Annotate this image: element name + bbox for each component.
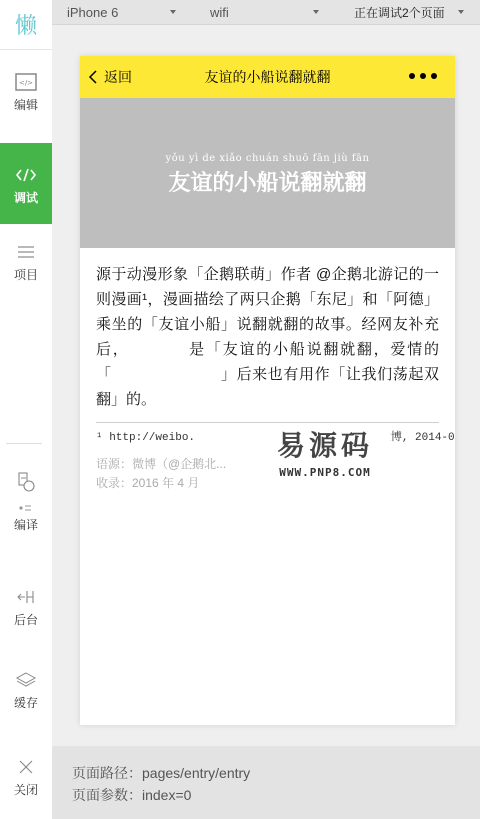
nav-bar: 返回 友谊的小船说翻就翻 [80, 56, 455, 98]
sidebar-item-label: 编辑 [14, 98, 38, 112]
chevron-down-icon [313, 10, 319, 14]
watermark: 易源码 WWW.PNP8.COM [260, 424, 390, 479]
nav-title: 友谊的小船说翻就翻 [80, 56, 455, 98]
network-select[interactable]: wifi [210, 0, 325, 25]
code-box-icon: </> [15, 70, 37, 94]
more-button[interactable] [409, 73, 437, 79]
dot-icon [409, 73, 415, 79]
sidebar-item-compile[interactable]: 编译 [0, 470, 52, 545]
menu-icon [16, 240, 36, 264]
logo-glyph: 懒 [15, 9, 37, 40]
sidebar-item-label: 调试 [14, 191, 38, 205]
chevron-left-icon [88, 69, 98, 85]
dot-icon [420, 73, 426, 79]
divider [96, 422, 439, 423]
sidebar-item-label: 关闭 [14, 783, 38, 797]
app-logo: 懒 [0, 0, 52, 50]
page-path: 页面路径：pages/entry/entry [72, 762, 480, 784]
layers-icon [15, 668, 37, 692]
watermark-url: WWW.PNP8.COM [260, 466, 390, 479]
sidebar-item-cache[interactable]: 缓存 [0, 668, 52, 713]
chevron-down-icon [458, 10, 464, 14]
sidebar-item-debug[interactable]: 调试 [0, 143, 52, 224]
sidebar-item-label: 项目 [14, 268, 38, 282]
device-select[interactable]: iPhone 6 [67, 0, 182, 25]
sidebar-item-edit[interactable]: </> 编辑 [0, 70, 52, 130]
page-info-panel: 页面路径：pages/entry/entry 页面参数：index=0 [52, 746, 480, 819]
sidebar-item-project[interactable]: 项目 [0, 240, 52, 290]
device-select-value: iPhone 6 [67, 5, 118, 20]
sidebar-item-label: 编译 [14, 518, 38, 532]
hero-pinyin: yǒu yì de xiǎo chuán shuō fān jiù fān [166, 153, 370, 164]
compile-icon [15, 470, 37, 514]
hero-banner: yǒu yì de xiǎo chuán shuō fān jiù fān 友谊… [80, 98, 455, 248]
sidebar-item-background[interactable]: 后台 [0, 585, 52, 630]
pages-select-value: 正在调试2个页面 [354, 4, 445, 21]
devtools-app: 懒 </> 编辑 调试 项目 编译 [0, 0, 480, 819]
chevron-down-icon [170, 10, 176, 14]
sidebar-item-label: 后台 [14, 613, 38, 627]
dot-icon [431, 73, 437, 79]
entry-paragraph: 源于动漫形象「企鹅联萌」作者 @企鹅北游记的一则漫画¹，漫画描绘了两只企鹅「东尼… [96, 262, 439, 412]
back-button[interactable]: 返回 [88, 56, 132, 98]
watermark-title: 易源码 [260, 424, 390, 464]
back-label: 返回 [104, 67, 132, 87]
sidebar-item-label: 缓存 [14, 696, 38, 710]
hero-title: 友谊的小船说翻就翻 [168, 166, 366, 197]
device-toolbar: iPhone 6 wifi 正在调试2个页面 [52, 0, 480, 25]
page-params: 页面参数：index=0 [72, 784, 480, 806]
sidebar-divider [6, 443, 42, 444]
code-icon [15, 163, 37, 187]
network-select-value: wifi [210, 5, 229, 20]
pages-select[interactable]: 正在调试2个页面 [354, 0, 470, 25]
close-icon [17, 755, 35, 779]
sidebar: 懒 </> 编辑 调试 项目 编译 [0, 0, 52, 819]
svg-text:</>: </> [19, 79, 33, 87]
sidebar-item-close[interactable]: 关闭 [0, 755, 52, 800]
phone-simulator: 返回 友谊的小船说翻就翻 yǒu yì de xiǎo chuán shuō f… [80, 56, 455, 725]
background-icon [16, 585, 36, 609]
